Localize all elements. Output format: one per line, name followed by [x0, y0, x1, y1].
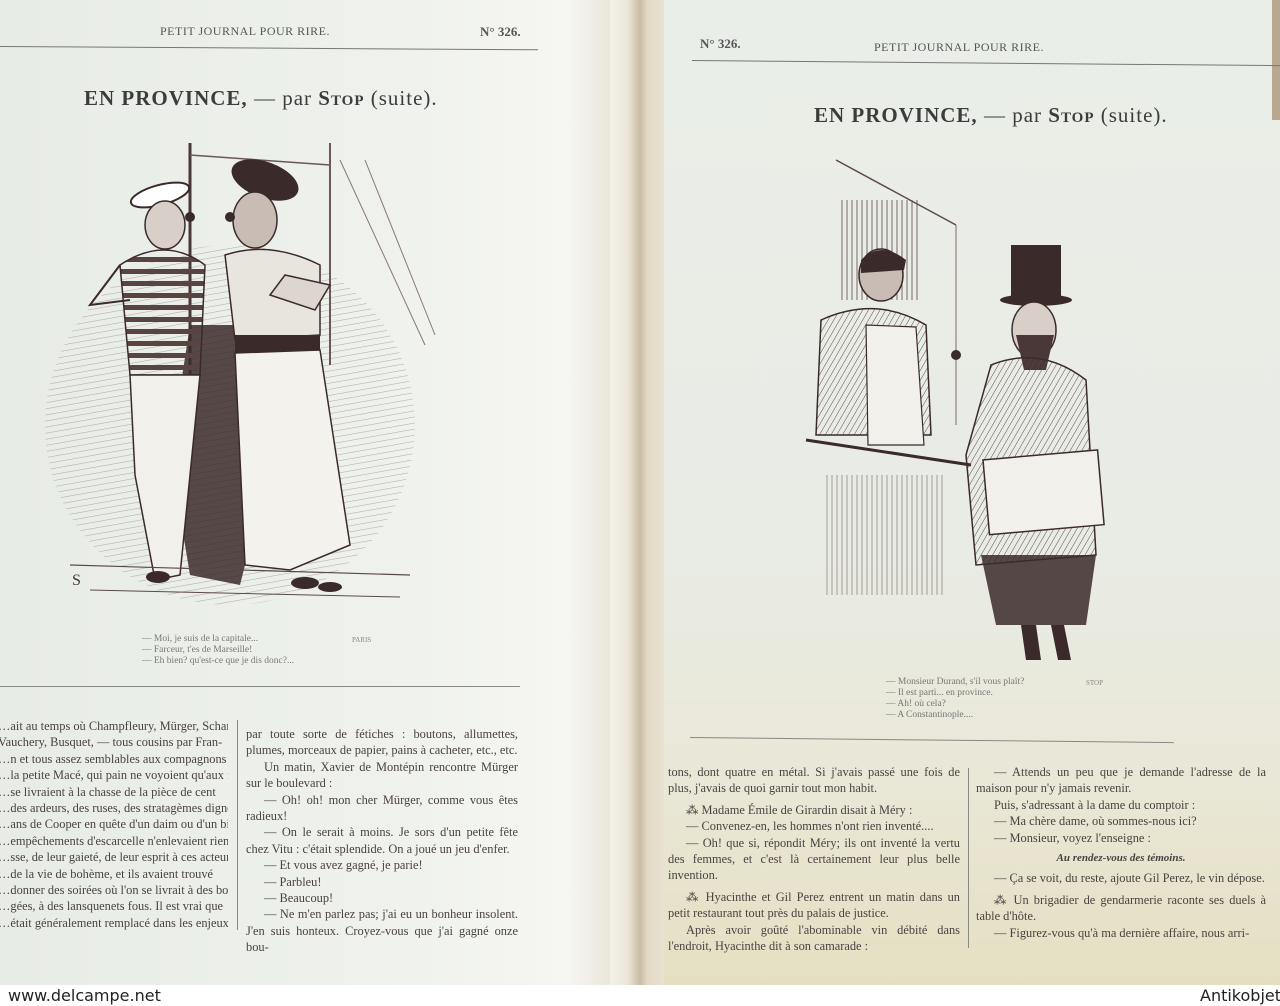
paragraph: — Parbleu!	[246, 874, 518, 890]
right-issue-number: N° 326.	[700, 36, 741, 52]
right-column-2: — Attends un peu que je demande l'adress…	[976, 764, 1266, 941]
title-dash: — par	[254, 86, 312, 110]
left-issue-number: N° 326.	[480, 24, 521, 40]
paragraph: — On le serait à moins. Je sors d'un pet…	[246, 824, 518, 857]
text-line: …était généralement remplacé dans les en…	[0, 915, 228, 931]
paragraph: — Attends un peu que je demande l'adress…	[976, 764, 1266, 797]
title-suffix: (suite).	[1101, 103, 1168, 127]
paragraph: ⁂ Madame Émile de Girardin disait à Méry…	[668, 802, 960, 818]
title-suffix: (suite).	[371, 86, 438, 110]
header-rule	[0, 46, 538, 50]
paragraph: Un matin, Xavier de Montépin rencontre M…	[246, 759, 518, 792]
caption-line: — Moi, je suis de la capitale...	[142, 634, 294, 645]
shopkeeper-illustration	[796, 155, 1136, 665]
title-author: Stop	[318, 86, 364, 110]
book-gutter	[610, 0, 670, 985]
paragraph: — Ma chère dame, où sommes-nous ici?	[976, 813, 1266, 829]
right-caption-credit: STOP	[1086, 679, 1103, 687]
caption-line: — Monsieur Durand, s'il vous plaît?	[886, 677, 1024, 688]
text-line: …n et tous assez semblables aux compagno…	[0, 751, 228, 767]
sailors-illustration: S	[30, 125, 450, 620]
watermark-antikobjet: Antikobjet	[1200, 986, 1280, 1005]
left-column-1: …ait au temps où Champfleury, Mürger, Sc…	[0, 718, 228, 931]
artist-signature: S	[72, 572, 81, 589]
column-divider	[237, 720, 238, 930]
text-line: Vauchery, Busquet, — tous cousins par Fr…	[0, 734, 228, 750]
text-line: …donner des soirées où l'on se livrait à…	[0, 882, 228, 898]
right-column-1: tons, dont quatre en métal. Si j'avais p…	[668, 764, 960, 954]
column-divider	[968, 768, 969, 948]
title-dash: — par	[984, 103, 1042, 127]
left-caption-credit: PARIS	[352, 636, 371, 644]
paragraph: — Ne m'en parlez pas; j'ai eu un bonheur…	[246, 906, 518, 955]
watermark-delcampe: www.delcampe.net	[8, 986, 161, 1005]
left-running-header: PETIT JOURNAL POUR RIRE.	[160, 24, 330, 39]
caption-line: — Ah! où cela?	[886, 699, 1024, 710]
paragraph: ⁂ Un brigadier de gendarmerie raconte se…	[976, 892, 1266, 925]
title-main: EN PROVINCE,	[84, 86, 248, 110]
shop-sign-text: Au rendez-vous des témoins.	[976, 850, 1266, 866]
text-line: …des ardeurs, des ruses, des stratagèmes…	[0, 800, 228, 816]
paragraph: — Et vous avez gagné, je parie!	[246, 857, 518, 873]
paragraph: par toute sorte de fétiches : boutons, a…	[246, 726, 518, 759]
title-main: EN PROVINCE,	[814, 103, 978, 127]
paragraph: — Convenez-en, les hommes n'ont rien inv…	[668, 818, 960, 834]
text-line: …se livraient à la chasse de la pièce de…	[0, 784, 228, 800]
page-edge	[1272, 0, 1280, 120]
paragraph: — Figurez-vous qu'à ma dernière affaire,…	[976, 925, 1266, 941]
right-caption: — Monsieur Durand, s'il vous plaît? — Il…	[886, 677, 1024, 721]
caption-line: — Eh bien? qu'est-ce que je dis donc?...	[142, 656, 294, 667]
left-page: PETIT JOURNAL POUR RIRE. N° 326. EN PROV…	[0, 0, 618, 985]
paragraph: Après avoir goûté l'abominable vin débit…	[668, 922, 960, 955]
paragraph: — Oh! oh! mon cher Mürger, comme vous êt…	[246, 792, 518, 825]
text-line: …empêchements d'escarcelle n'enlevaient …	[0, 833, 228, 849]
text-line: …la petite Macé, qui pain ne voyoient qu…	[0, 767, 228, 783]
text-line: …de la vie de bohème, et ils avaient tro…	[0, 866, 228, 882]
paragraph: — Oh! que si, répondit Méry; ils ont inv…	[668, 835, 960, 884]
paragraph: Puis, s'adressant à la dame du comptoir …	[976, 797, 1266, 813]
text-line: …sse, de leur gaieté, de leur esprit à c…	[0, 849, 228, 865]
right-running-header: PETIT JOURNAL POUR RIRE.	[874, 40, 1044, 55]
right-article-title: EN PROVINCE, — par Stop (suite).	[814, 103, 1168, 128]
right-page: N° 326. PETIT JOURNAL POUR RIRE. EN PROV…	[664, 0, 1280, 985]
paragraph: — Ça se voit, du reste, ajoute Gil Perez…	[976, 870, 1266, 886]
paragraph: tons, dont quatre en métal. Si j'avais p…	[668, 764, 960, 797]
caption-line: — Il est parti... en province.	[886, 688, 1024, 699]
paragraph: ⁂ Hyacinthe et Gil Perez entrent un mati…	[668, 889, 960, 922]
title-author: Stop	[1048, 103, 1094, 127]
caption-line: — Farceur, t'es de Marseille!	[142, 645, 294, 656]
text-line: …ans de Cooper en quête d'un daim ou d'u…	[0, 816, 228, 832]
text-line: …ait au temps où Champfleury, Mürger, Sc…	[0, 718, 228, 734]
header-rule	[692, 60, 1280, 66]
left-article-title: EN PROVINCE, — par Stop (suite).	[84, 86, 438, 111]
paragraph: — Monsieur, voyez l'enseigne :	[976, 830, 1266, 846]
section-rule	[0, 686, 520, 687]
newspaper-spread: PETIT JOURNAL POUR RIRE. N° 326. EN PROV…	[0, 0, 1280, 985]
paragraph: — Beaucoup!	[246, 890, 518, 906]
left-caption: — Moi, je suis de la capitale... — Farce…	[142, 634, 294, 667]
text-line: …gées, à des lansquenets fous. Il est vr…	[0, 898, 228, 914]
left-column-2: par toute sorte de fétiches : boutons, a…	[246, 726, 518, 956]
section-rule	[690, 737, 1174, 743]
caption-line: — A Constantinople....	[886, 710, 1024, 721]
